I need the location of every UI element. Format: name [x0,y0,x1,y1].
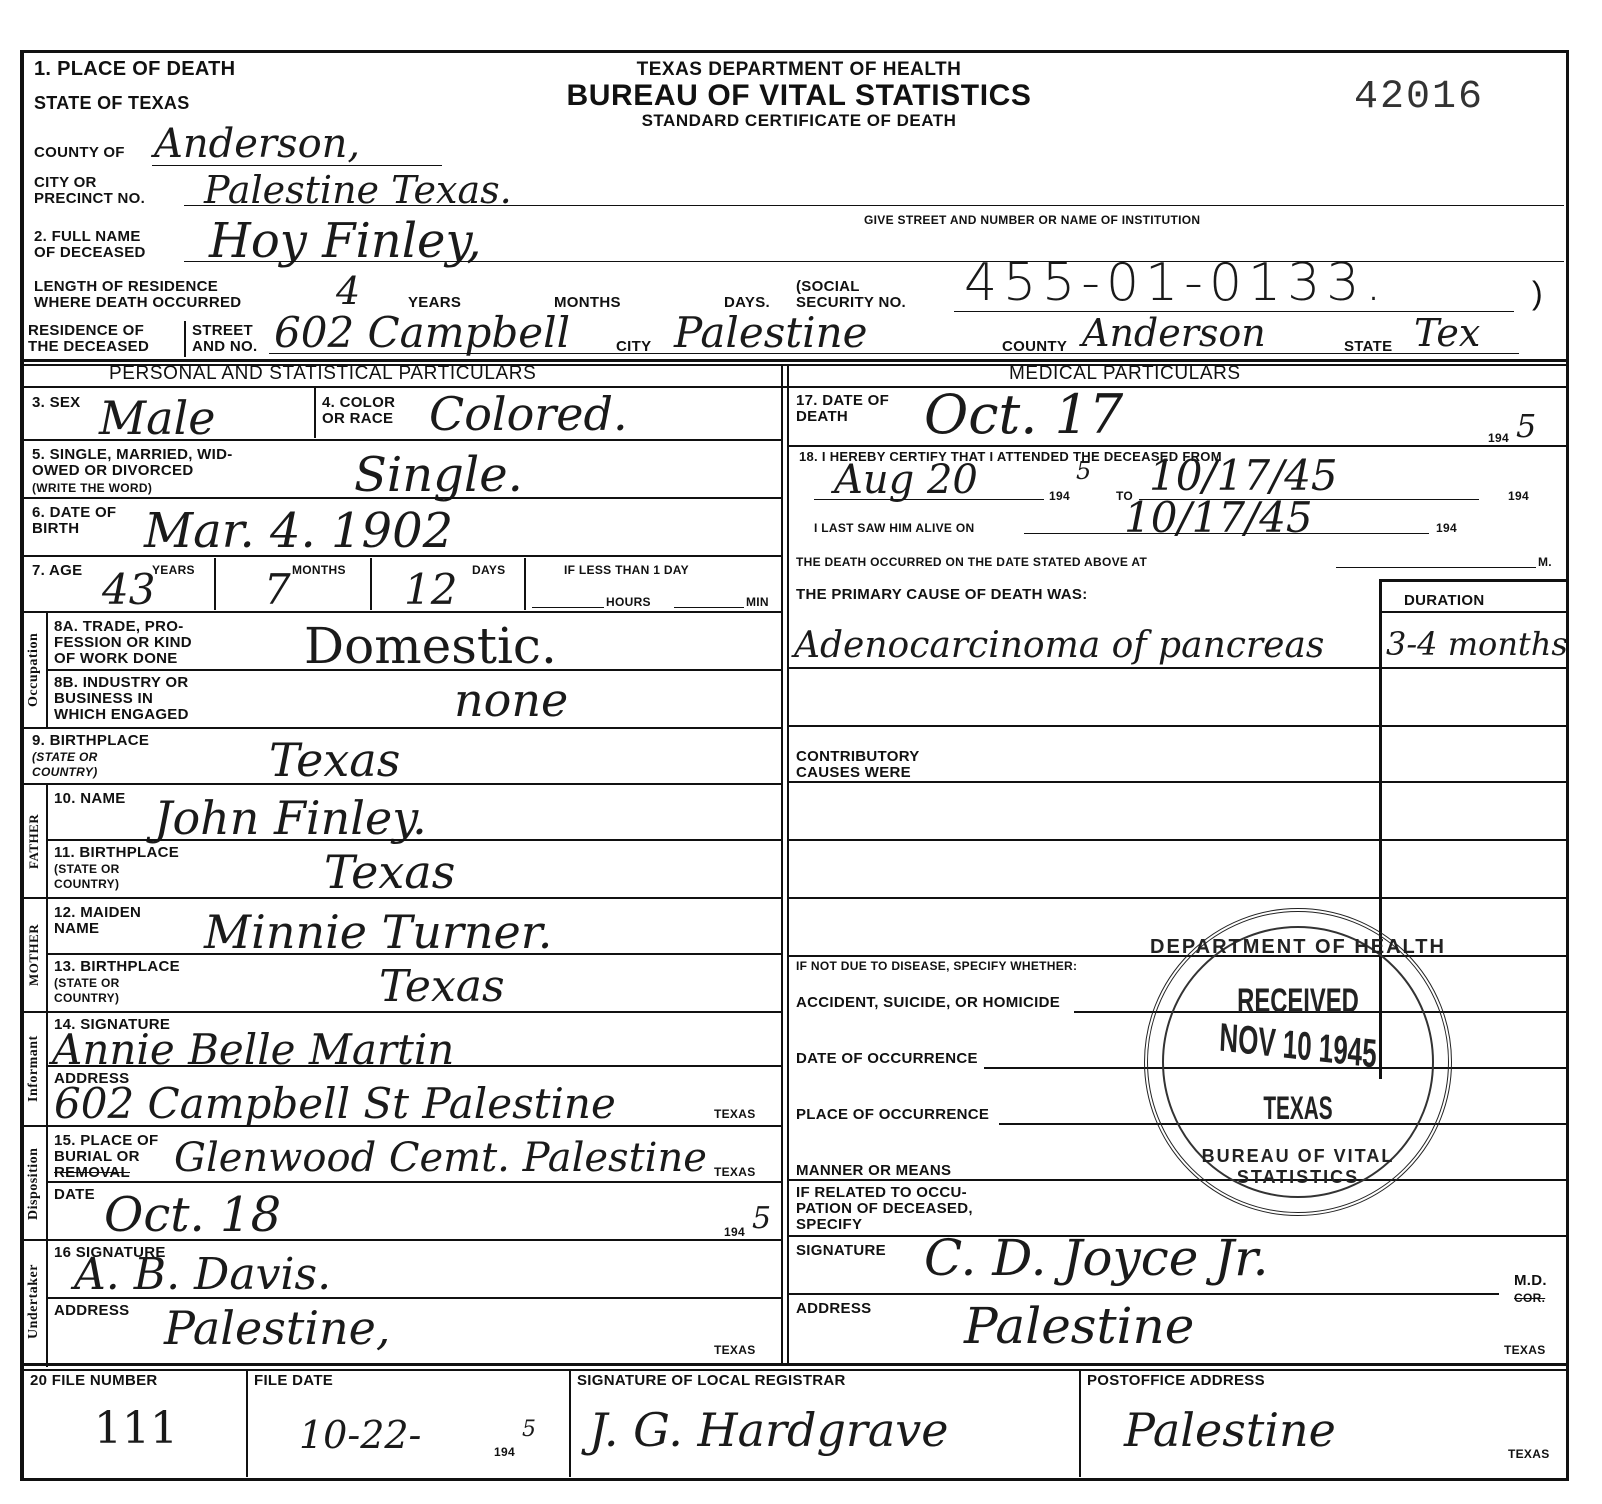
last-saw-year: 194 [1436,521,1457,535]
residence-length-label-1: LENGTH OF RESIDENCE [34,279,218,295]
birthplace-label-2: (STATE OR [32,750,98,764]
burial-place-value: Glenwood Cemt. Palestine [174,1135,707,1181]
personal-section-title: PERSONAL AND STATISTICAL PARTICULARS [109,366,536,382]
contributory-label-1: CONTRIBUTORY [796,749,920,765]
birthplace-label-3: COUNTRY) [32,765,98,779]
last-saw-value: 10/17/45 [1124,493,1313,542]
attended-from-year-suffix: 5 [1076,457,1091,485]
primary-cause-label: THE PRIMARY CAUSE OF DEATH WAS: [796,587,1088,603]
industry-label-2: BUSINESS IN [54,691,153,707]
street-value: 602 Campbell [274,308,570,357]
place-of-death-label: 1. PLACE OF DEATH [34,61,235,77]
full-name-label-1: 2. FULL NAME [34,229,141,245]
death-date-value: Oct. 17 [924,383,1123,446]
occurrence-place-label: PLACE OF OCCURRENCE [796,1107,989,1123]
attended-from-year-prefix: 194 [1049,489,1070,503]
accident-label: ACCIDENT, SUICIDE, OR HOMICIDE [796,995,1060,1011]
physician-signature-value: C. D. Joyce Jr. [924,1229,1269,1287]
res-city-value: Palestine [674,308,867,357]
street-hint: GIVE STREET AND NUMBER OR NAME OF INSTIT… [864,215,1200,226]
age-label: 7. AGE [32,563,82,579]
birthplace-label-1: 9. BIRTHPLACE [32,733,149,749]
primary-cause-duration: 3-4 months [1386,625,1568,663]
father-birthplace-label-2: (STATE OR [54,862,120,876]
duration-label: DURATION [1404,593,1484,609]
mother-birthplace-label-3: COUNTRY) [54,991,119,1005]
bureau-title: BUREAU OF VITAL STATISTICS [469,79,1129,113]
burial-label-1: 15. PLACE OF [54,1133,158,1149]
form-title: STANDARD CERTIFICATE OF DEATH [499,111,1099,131]
county-label: COUNTY OF [34,145,125,161]
age-months-value: 7 [264,565,291,614]
undertaker-side-label: Undertaker [26,1241,42,1363]
stamp-arc-bottom: BUREAU OF VITAL STATISTICS [1148,1146,1448,1188]
occupation-related-label-1: IF RELATED TO OCCU- [796,1185,967,1201]
registrar-signature-value: J. G. Hardgrave [589,1403,949,1457]
trade-label-3: OF WORK DONE [54,651,178,667]
file-number-value: 111 [94,1403,178,1454]
primary-cause-value: Adenocarcinoma of pancreas [794,625,1324,666]
file-date-label: FILE DATE [254,1373,333,1389]
occupation-related-label-3: SPECIFY [796,1217,862,1233]
occurrence-date-label: DATE OF OCCURRENCE [796,1051,978,1067]
stamp-arc-top: DEPARTMENT OF HEALTH [1148,936,1448,959]
father-side-label: FATHER [26,785,42,897]
industry-value: none [454,673,568,727]
undertaker-address-texas: TEXAS [714,1343,756,1357]
burial-texas: TEXAS [714,1165,756,1179]
certificate-number: 42016 [1354,75,1484,120]
occupation-side-label: Occupation [26,613,42,727]
sex-value: Male [99,391,215,445]
burial-date-label: DATE [54,1187,95,1203]
burial-year-suffix: 5 [752,1201,771,1236]
dob-label-2: BIRTH [32,521,79,537]
res-county-value: Anderson [1082,311,1266,355]
age-months-label: MONTHS [292,563,346,577]
burial-label-2: BURIAL OR [54,1149,140,1165]
mother-birthplace-value: Texas [379,961,505,1012]
burial-date-value: Oct. 18 [104,1187,281,1243]
mother-birthplace-label-2: (STATE OR [54,976,120,990]
race-label-2: OR RACE [322,411,393,427]
industry-label-3: WHICH ENGAGED [54,707,189,723]
mother-side-label: MOTHER [26,899,42,1011]
marital-value: Single. [354,447,523,503]
county-value: Anderson, [154,121,360,167]
death-year-prefix: 194 [1488,431,1509,445]
marital-label-1: 5. SINGLE, MARRIED, WID- [32,447,233,463]
disposition-side-label: Disposition [26,1127,42,1241]
sex-label: 3. SEX [32,395,81,411]
min-label: MIN [746,595,769,609]
full-name-label-2: OF DECEASED [34,245,146,261]
last-saw-label: I LAST SAW HIM ALIVE ON [814,521,974,535]
mother-name-label-1: 12. MAIDEN [54,905,141,921]
informant-side-label: Informant [26,1013,42,1125]
father-birthplace-value: Texas [324,845,455,899]
manner-label: MANNER OR MEANS [796,1163,951,1179]
city-label-1: CITY OR [34,175,97,191]
birthplace-value: Texas [269,733,400,787]
ssn-label-1: (SOCIAL [796,279,860,295]
mother-name-value: Minnie Turner. [204,905,552,959]
father-birthplace-label-3: COUNTRY) [54,877,119,891]
death-year-suffix: 5 [1516,407,1536,445]
burial-label-3: REMOVAL [54,1165,130,1181]
file-number-label: 20 FILE NUMBER [30,1373,158,1389]
informant-address-texas: TEXAS [714,1107,756,1121]
death-certificate: 1. PLACE OF DEATH STATE OF TEXAS TEXAS D… [20,50,1569,1481]
residence-length-label-2: WHERE DEATH OCCURRED [34,295,241,311]
occupation-related-label-2: PATION OF DECEASED, [796,1201,973,1217]
medical-section-title: MEDICAL PARTICULARS [1009,366,1241,382]
mother-name-label-2: NAME [54,921,99,937]
res-state-value: Tex [1414,311,1480,355]
industry-label-1: 8B. INDUSTRY OR [54,675,189,691]
md-label: M.D. [1514,1273,1547,1289]
father-birthplace-label-1: 11. BIRTHPLACE [54,845,179,861]
less-than-day-label: IF LESS THAN 1 DAY [564,563,689,577]
file-date-year-prefix: 194 [494,1445,515,1459]
attended-to-year: 194 [1508,489,1529,503]
postoffice-value: Palestine [1124,1403,1336,1457]
residence-years-value: 4 [336,269,360,313]
age-years-value: 43 [102,565,155,614]
postoffice-texas: TEXAS [1508,1447,1550,1461]
hours-label: HOURS [606,595,651,609]
trade-label-1: 8A. TRADE, PRO- [54,619,184,635]
street-label-1: STREET [192,323,253,339]
street-label-2: AND NO. [192,339,257,355]
race-value: Colored. [429,387,628,441]
marital-label-2: OWED OR DIVORCED [32,463,193,479]
death-time-label: THE DEATH OCCURRED ON THE DATE STATED AB… [796,555,1147,569]
department-title: TEXAS DEPARTMENT OF HEALTH [539,59,1059,81]
trade-label-2: FESSION OR KIND [54,635,192,651]
death-date-label-2: DEATH [796,409,848,425]
dob-label-1: 6. DATE OF [32,505,116,521]
city-label-2: PRECINCT NO. [34,191,145,207]
postoffice-label: POSTOFFICE ADDRESS [1087,1373,1265,1389]
dob-value: Mar. 4. 1902 [144,503,453,559]
mother-birthplace-label-1: 13. BIRTHPLACE [54,959,180,975]
physician-address-value: Palestine [964,1297,1194,1355]
informant-address-value: 602 Campbell St Palestine [54,1079,616,1128]
race-label-1: 4. COLOR [322,395,395,411]
file-date-year-suffix: 5 [522,1417,536,1442]
death-date-label-1: 17. DATE OF [796,393,889,409]
undertaker-signature-value: A. B. Davis. [74,1249,331,1300]
file-date-value: 10-22- [299,1413,421,1457]
age-days-label: DAYS [472,563,505,577]
age-days-value: 12 [404,565,457,614]
ssn-close-paren: ) [1532,275,1543,312]
attended-from-value: Aug 20 [834,457,978,503]
ssn-value: 455-01-0133. [964,253,1388,313]
contributory-label-2: CAUSES WERE [796,765,911,781]
state-label: STATE OF TEXAS [34,95,190,111]
burial-year-prefix: 194 [724,1225,745,1239]
registrar-label: SIGNATURE OF LOCAL REGISTRAR [577,1373,846,1389]
undertaker-address-value: Palestine, [164,1301,391,1355]
death-time-suffix: M. [1538,555,1552,569]
age-years-label: YEARS [152,563,195,577]
physician-address-texas: TEXAS [1504,1343,1546,1357]
residence-label-1: RESIDENCE OF [28,323,144,339]
received-stamp: DEPARTMENT OF HEALTH RECEIVED NOV 10 194… [1144,908,1452,1216]
undertaker-address-label: ADDRESS [54,1303,129,1319]
marital-label-3: (WRITE THE WORD) [32,481,152,495]
cor-label: COR. [1514,1291,1545,1305]
father-name-label: 10. NAME [54,791,126,807]
not-disease-label: IF NOT DUE TO DISEASE, SPECIFY WHETHER: [796,961,1077,972]
physician-address-label: ADDRESS [796,1301,871,1317]
trade-value: Domestic. [304,617,557,675]
residence-label-2: THE DECEASED [28,339,149,355]
physician-signature-label: SIGNATURE [796,1243,886,1259]
father-name-value: John Finley. [154,791,427,845]
stamp-state: TEXAS [1201,1090,1396,1127]
